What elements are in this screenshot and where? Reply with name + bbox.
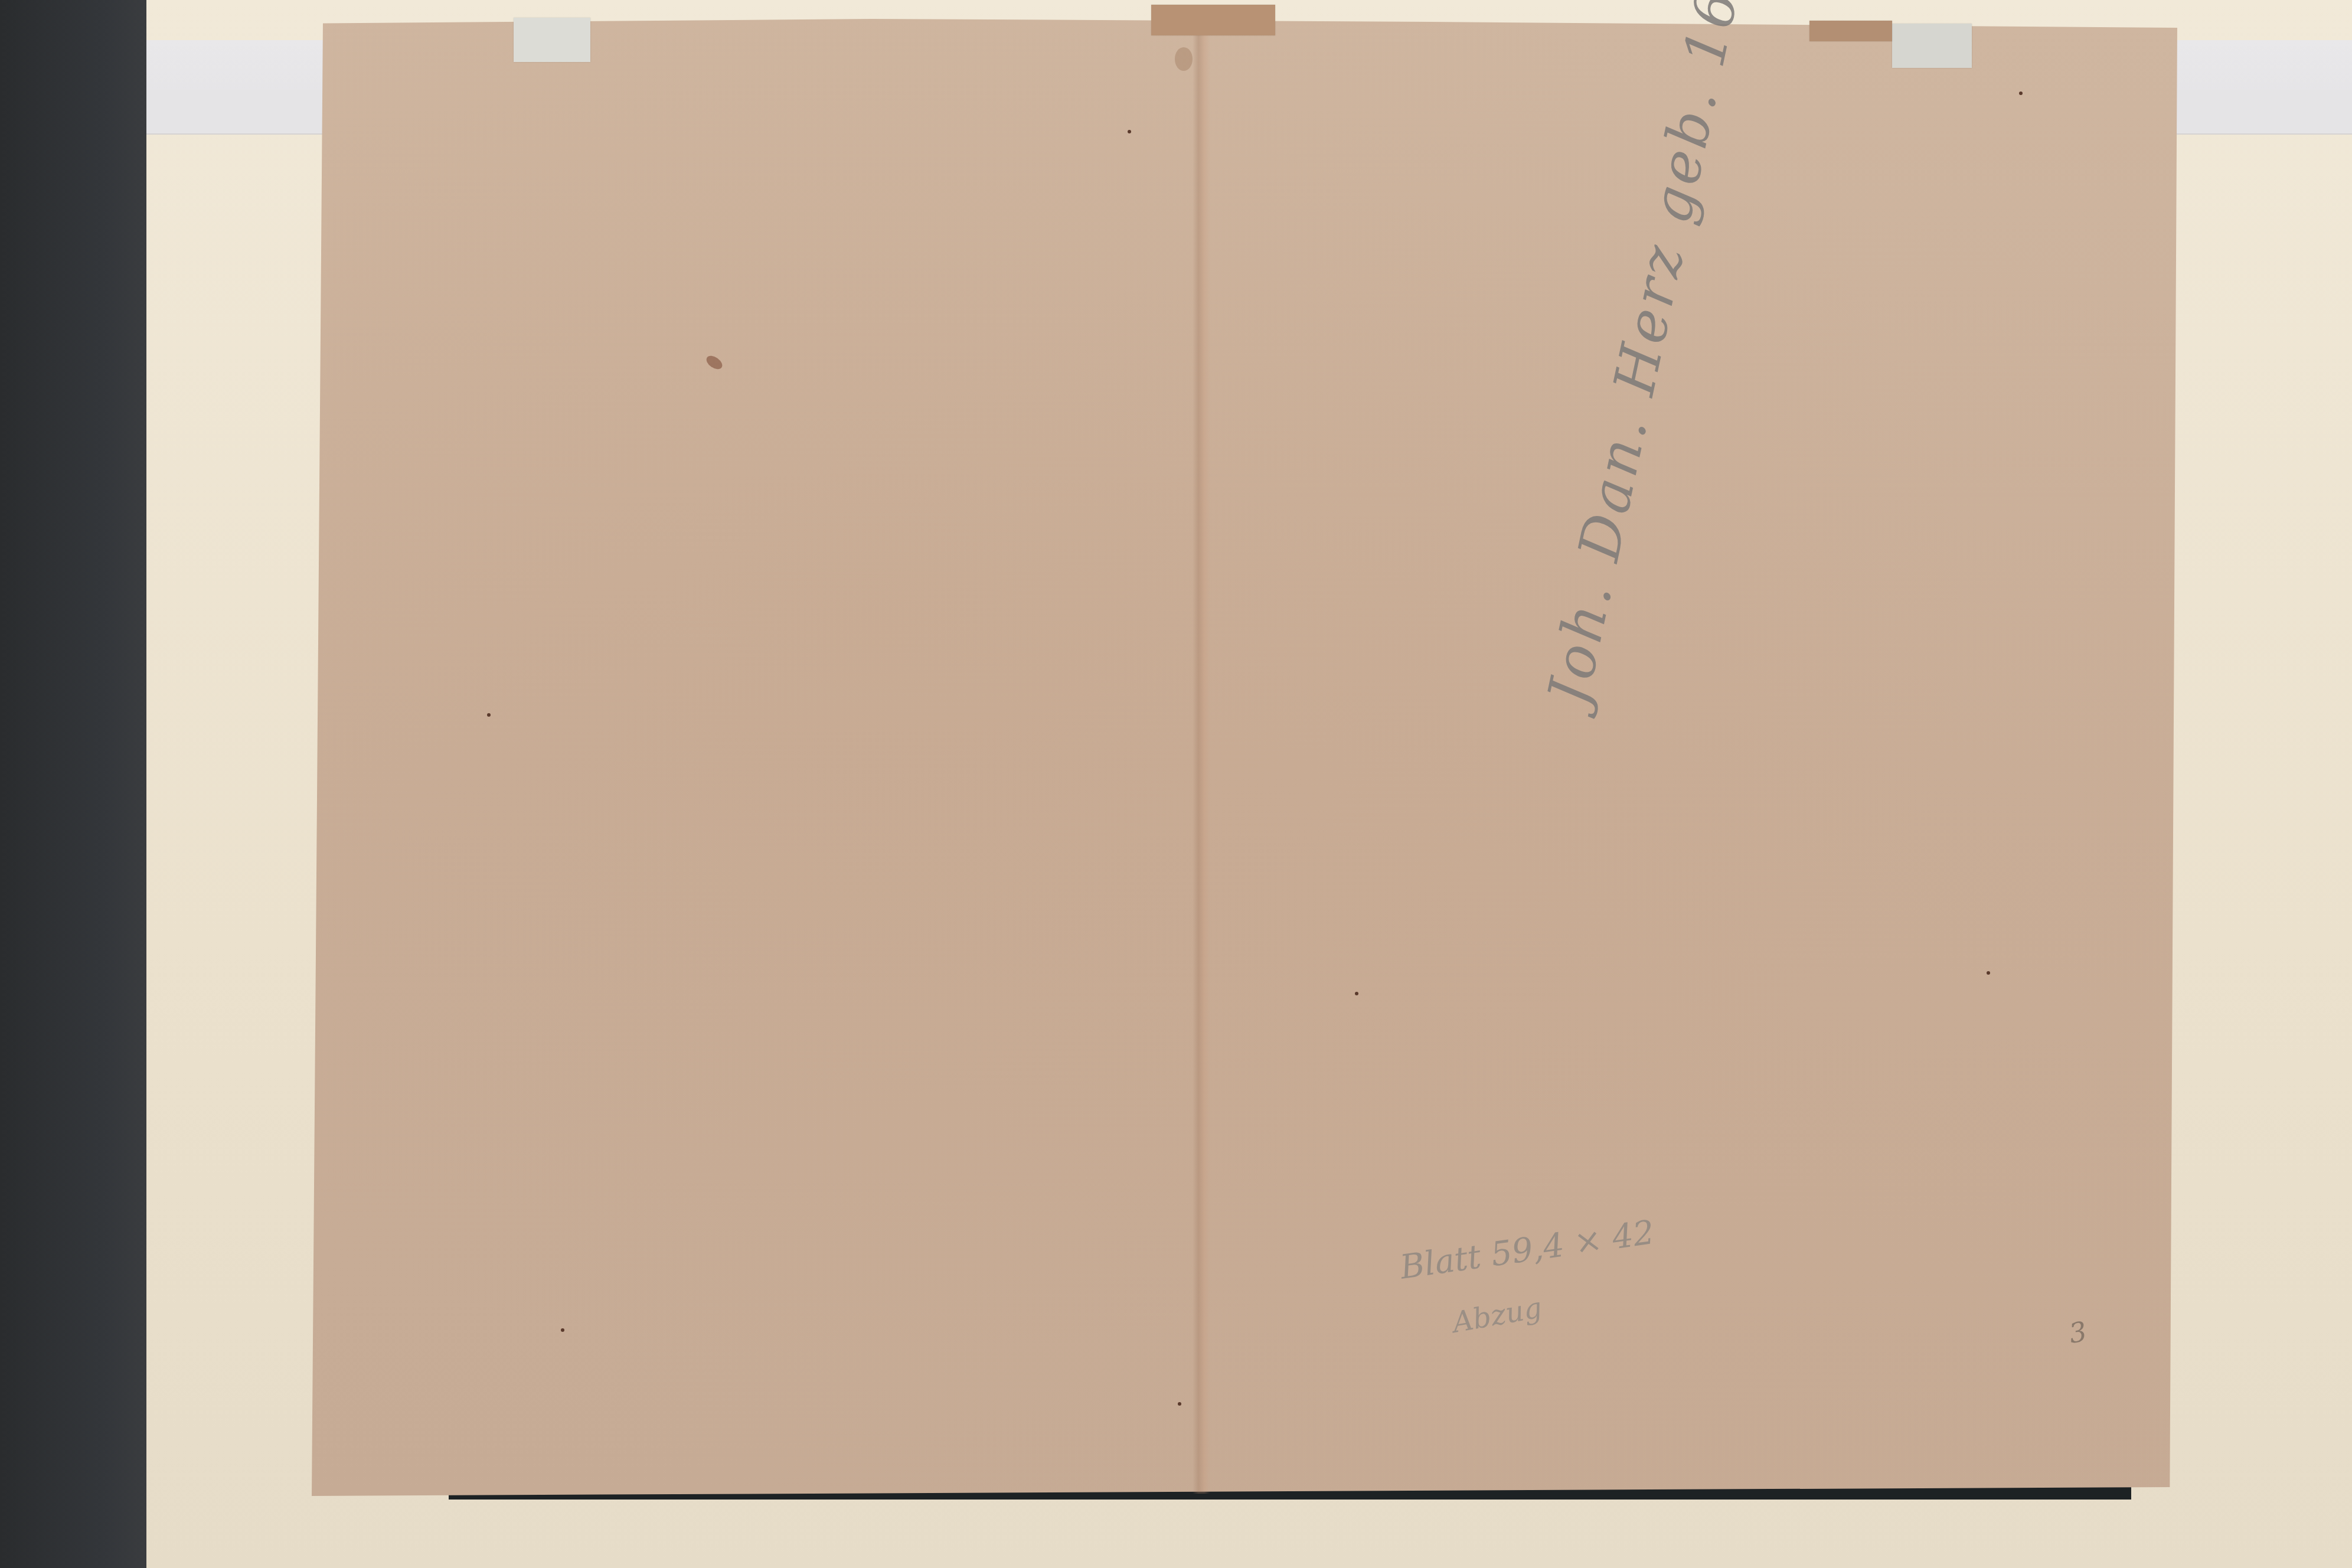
paper-sheet-verso	[312, 19, 2177, 1502]
hinge-tape-right	[1892, 24, 1972, 68]
dark-backdrop	[0, 0, 146, 1568]
hinge-tape-left	[514, 18, 590, 62]
speck	[561, 1328, 564, 1332]
speck	[1178, 1402, 1181, 1406]
brown-tape-center	[1151, 5, 1275, 35]
speck	[2019, 92, 2023, 95]
stain-spot	[1175, 47, 1193, 71]
speck	[1128, 130, 1131, 133]
speck	[487, 713, 491, 717]
center-fold-line	[1193, 24, 1210, 1494]
speck	[1987, 971, 1990, 975]
brown-tape-right	[1809, 21, 1892, 41]
speck	[1355, 992, 1358, 995]
